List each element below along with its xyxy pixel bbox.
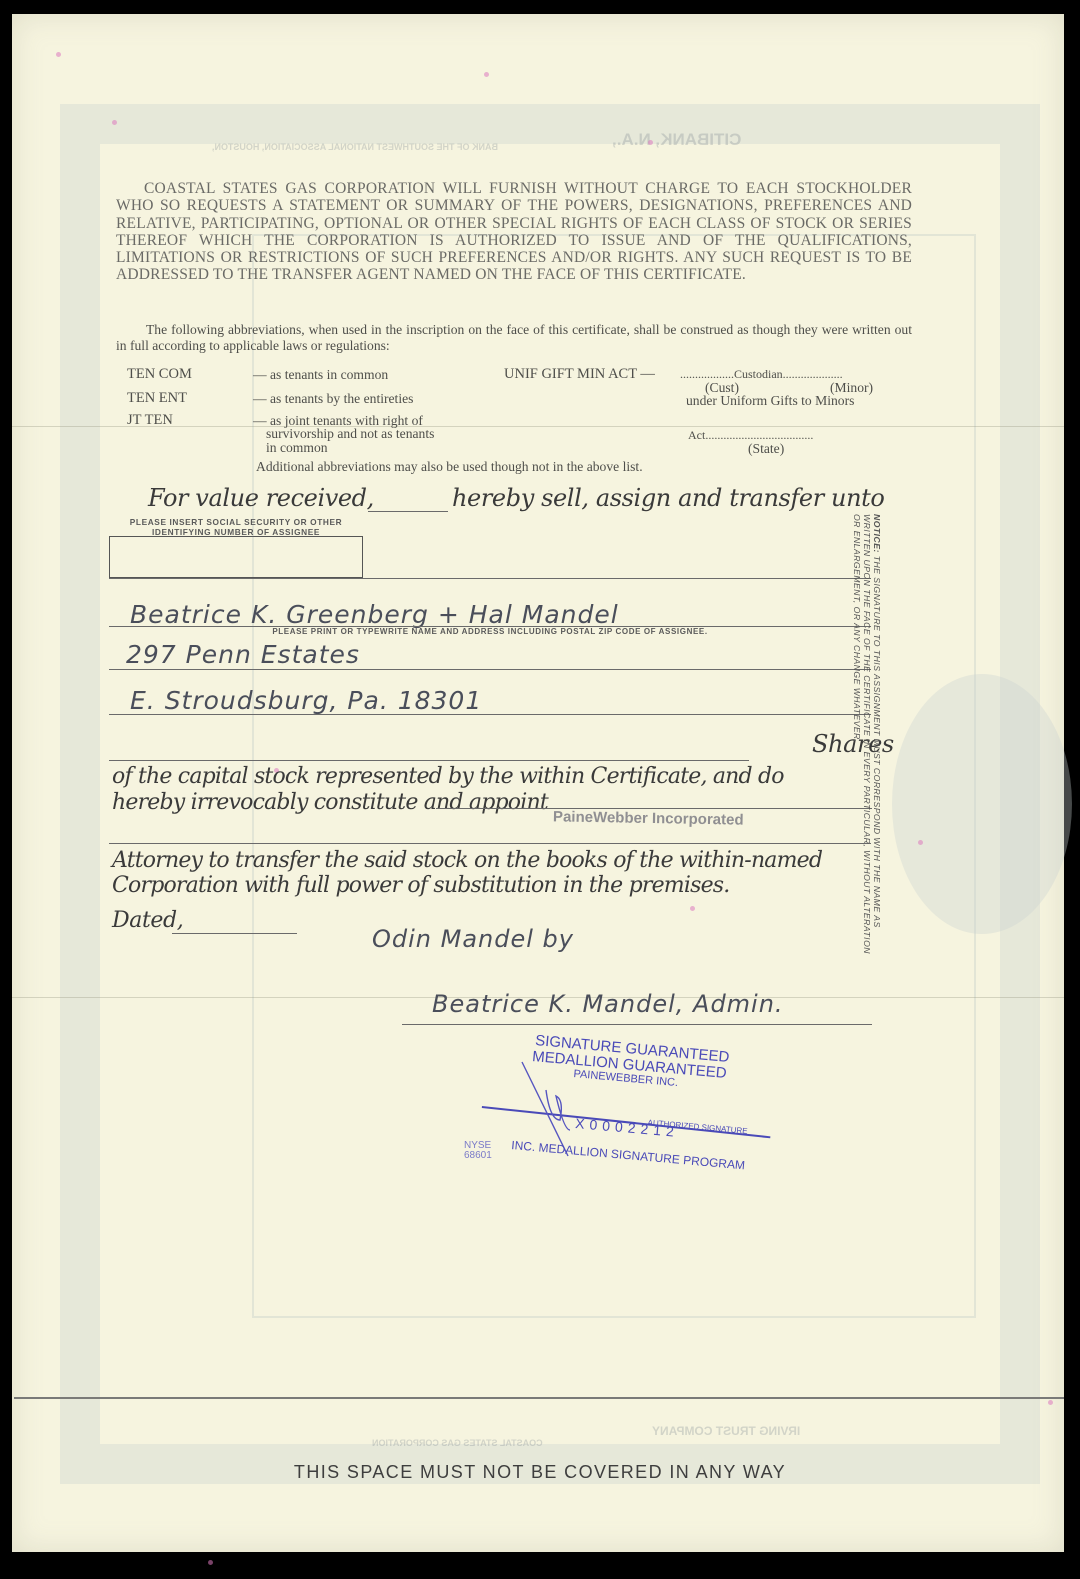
ssn-baseline: [109, 578, 871, 579]
bottom-divider: [14, 1397, 1064, 1399]
state-label: (State): [748, 442, 784, 456]
abbreviations-footer: Additional abbreviations may also be use…: [256, 460, 643, 474]
ghost-registrar: BANK OF THE SOUTHWEST NATIONAL ASSOCIATI…: [212, 142, 498, 152]
attorney-line: [109, 843, 871, 844]
nyse-number: 68601: [464, 1150, 492, 1161]
abbrev-meaning-jt-ten-2: survivorship and not as tenants: [266, 427, 434, 441]
paper-fiber-dot: [918, 840, 923, 845]
rights-notice: COASTAL STATES GAS CORPORATION WILL FURN…: [116, 180, 912, 284]
bleed-through-vignette: [892, 674, 1072, 934]
abbreviations-intro: The following abbreviations, when used i…: [116, 322, 912, 354]
paper-fiber-dot: [690, 906, 695, 911]
abbrev-meaning-ten-ent: — as tenants by the entireties: [253, 392, 413, 406]
paper-fiber-dot: [484, 72, 489, 77]
assignee-address-city[interactable]: E. Stroudsburg, Pa. 18301: [130, 686, 482, 715]
ssn-input-box[interactable]: [109, 536, 363, 578]
signature-line[interactable]: [402, 1024, 872, 1025]
abbrev-meaning-jt-ten-3: in common: [266, 441, 328, 455]
assignee-name-label: PLEASE PRINT OR TYPEWRITE NAME AND ADDRE…: [210, 627, 770, 636]
assignor-blank-line: [368, 511, 448, 512]
hereby-sell-text: hereby sell, assign and transfer unto: [452, 484, 884, 512]
paper-fiber-dot: [208, 1560, 213, 1565]
for-value-received: For value received,: [148, 484, 374, 512]
space-warning: THIS SPACE MUST NOT BE COVERED IN ANY WA…: [0, 1462, 1080, 1483]
paper-fiber-dot: [648, 140, 653, 145]
paper-fiber-dot: [1048, 1400, 1053, 1405]
dated-label: Dated,: [112, 908, 183, 933]
assignee-line-3: [109, 714, 871, 715]
abbreviations-intro-text: The following abbreviations, when used i…: [116, 322, 912, 354]
assignee-line-2: [109, 669, 871, 670]
signature-notice-vertical: NOTICE: THE SIGNATURE TO THIS ASSIGNMENT…: [852, 514, 882, 954]
ssn-label-1: PLEASE INSERT SOCIAL SECURITY OR OTHER: [106, 517, 366, 527]
ghost-bank: IRVING TRUST COMPANY: [652, 1424, 800, 1438]
rights-notice-text: COASTAL STATES GAS CORPORATION WILL FURN…: [116, 180, 912, 284]
attorney-blank-line: [436, 808, 872, 809]
under-uniform-gifts: under Uniform Gifts to Minors: [686, 394, 854, 408]
signature-line-1: Odin Mandel by: [372, 925, 574, 953]
attorney-stamp: PaineWebber Incorporated: [553, 808, 744, 828]
ghost-company: COASTAL STATES GAS CORPORATION: [372, 1438, 543, 1448]
assignee-name[interactable]: Beatrice K. Greenberg + Hal Mandel: [130, 600, 619, 629]
shares-blank-line: [109, 760, 749, 761]
attorney-text-2: Corporation with full power of substitut…: [112, 873, 730, 898]
assignee-address-street[interactable]: 297 Penn Estates: [126, 640, 360, 669]
notice-bold: NOTICE:: [872, 514, 882, 553]
notice-text: THE SIGNATURE TO THIS ASSIGNMENT MUST CO…: [852, 514, 882, 954]
attorney-text-1: Attorney to transfer the said stock on t…: [112, 848, 822, 873]
paper-fiber-dot: [56, 52, 61, 57]
abbrev-code-ten-com: TEN COM: [127, 367, 192, 381]
signature-line-2: Beatrice K. Mandel, Admin.: [432, 990, 784, 1018]
unif-gift-label: UNIF GIFT MIN ACT —: [504, 367, 655, 381]
paper-fiber-dot: [112, 120, 117, 125]
irrevocably-text: hereby irrevocably constitute and appoin…: [112, 790, 548, 815]
abbrev-code-jt-ten: JT TEN: [127, 413, 173, 427]
act-line: Act....................................: [688, 428, 813, 442]
dated-line[interactable]: [172, 933, 297, 934]
abbrev-code-ten-ent: TEN ENT: [127, 391, 187, 405]
ghost-transfer-agent: CITIBANK, N.A.,: [612, 130, 741, 150]
capital-stock-text: of the capital stock represented by the …: [112, 764, 784, 789]
abbrev-meaning-ten-com: — as tenants in common: [253, 368, 388, 382]
custodian-line: ..................Custodian.............…: [680, 367, 843, 381]
